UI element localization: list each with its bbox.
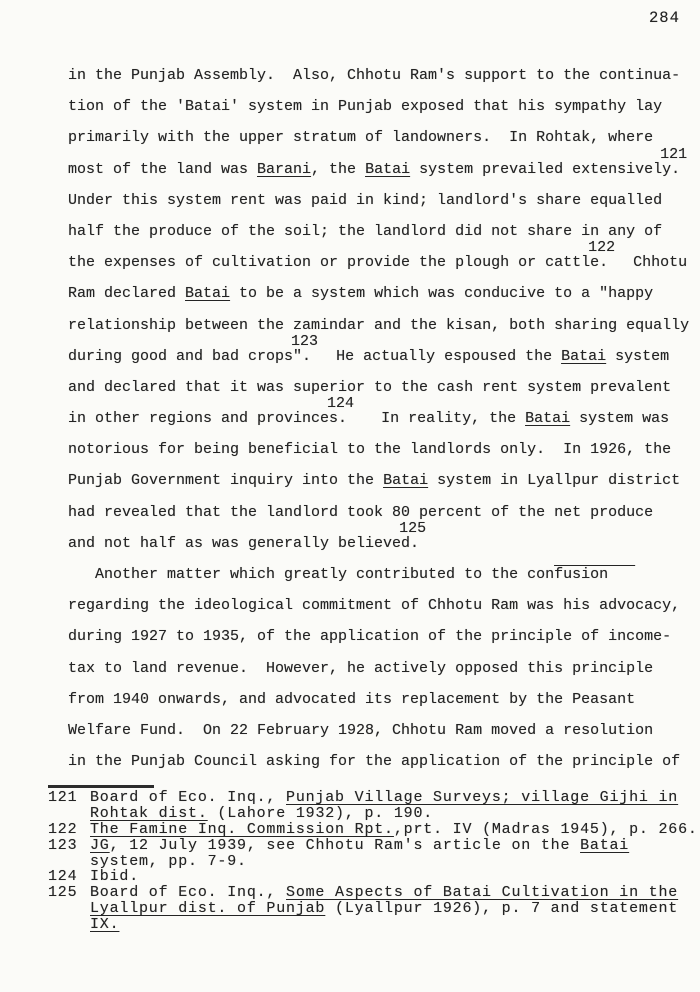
footnote-line: Board of Eco. Inq., Punjab Village Surve… [90, 790, 678, 806]
text-run: Welfare Fund. On 22 February 1928, Chhot… [68, 722, 653, 739]
text-run: system was [570, 410, 669, 427]
footnote-separator [48, 785, 154, 788]
underlined-term: Batai [365, 161, 410, 178]
footnotes-section: 121Board of Eco. Inq., Punjab Village Su… [48, 790, 700, 933]
text-run: In reality, the [354, 410, 525, 427]
underlined-term: The Famine Inq. Commission Rpt. [90, 821, 394, 838]
body-line: primarily with the upper stratum of land… [68, 122, 700, 153]
body-line: Under this system rent was paid in kind;… [68, 185, 700, 216]
footnote-item: 124Ibid. [48, 869, 700, 885]
footnote-number: 125 [48, 885, 90, 933]
underlined-term: Batai [383, 472, 428, 489]
footnote-number: 124 [48, 869, 90, 885]
footnote-line: Lyallpur dist. of Punjab (Lyallpur 1926)… [90, 901, 678, 917]
text-run: system [606, 348, 669, 365]
body-line: the expenses of cultivation or provide t… [68, 247, 700, 278]
body-line: relationship between the zamindar and th… [68, 310, 700, 341]
underlined-term: Barani [257, 161, 311, 178]
footnote-ref-number: 122 [588, 239, 615, 256]
body-line: from 1940 onwards, and advocated its rep… [68, 684, 700, 715]
text-run: ,prt. IV (Madras 1945), p. 266. [394, 821, 698, 838]
underlined-term: Batai [185, 285, 230, 302]
text-run: , the [311, 161, 365, 178]
text-run: (Lahore 1932), p. 190. [208, 805, 433, 822]
text-run: Board of Eco. Inq., [90, 884, 286, 901]
text-run: Ram declared [68, 285, 185, 302]
footnote-ref-number: 123 [291, 333, 318, 350]
footnote-item: 121Board of Eco. Inq., Punjab Village Su… [48, 790, 700, 822]
body-line: Ram declared Batai to be a system which … [68, 278, 700, 309]
body-line: Punjab Government inquiry into the Batai… [68, 465, 700, 496]
paragraph: Another matter which greatly contributed… [68, 559, 700, 777]
underlined-term: Batai [525, 410, 570, 427]
text-run: most of the land was [68, 161, 257, 178]
body-line: in the Punjab Council asking for the app… [68, 746, 700, 777]
text-run: Chhotu [615, 254, 687, 271]
text-run: system prevailed extensively. [410, 161, 680, 178]
text-run: Under this system rent was paid in kind;… [68, 192, 662, 209]
body-line: had revealed that the landlord took 80 p… [68, 497, 700, 528]
body-line: most of the land was Barani, the Batai s… [68, 154, 700, 185]
footnote-ref-number: 121 [660, 146, 687, 163]
footnote-line: The Famine Inq. Commission Rpt.,prt. IV … [90, 822, 698, 838]
footnote-item: 125Board of Eco. Inq., Some Aspects of B… [48, 885, 700, 933]
text-run: in the Punjab Assembly. Also, Chhotu Ram… [68, 67, 680, 84]
footnote-text: Board of Eco. Inq., Some Aspects of Bata… [90, 885, 678, 933]
page-number: 284 [649, 9, 680, 27]
text-run: He actually espoused the [318, 348, 561, 365]
underlined-term: Lyallpur dist. of Punjab [90, 900, 325, 917]
text-run: from 1940 onwards, and advocated its rep… [68, 691, 635, 708]
text-run: during good and bad crops". [68, 348, 311, 365]
text-run: in the Punjab Council asking for the app… [68, 753, 680, 770]
underlined-term: IX. [90, 916, 119, 933]
underlined-term: JG [90, 837, 110, 854]
paragraph: in the Punjab Assembly. Also, Chhotu Ram… [68, 60, 700, 559]
text-run: fusion [554, 566, 635, 583]
text-run: and not half as was generally believed. [68, 535, 419, 552]
body-line: tion of the 'Batai' system in Punjab exp… [68, 91, 700, 122]
body-line: and declared that it was superior to the… [68, 372, 700, 403]
text-run: half the produce of the soil; the landlo… [68, 223, 662, 240]
text-run: Board of Eco. Inq., [90, 789, 286, 806]
footnote-ref-number: 124 [327, 395, 354, 412]
footnote-line: Rohtak dist. (Lahore 1932), p. 190. [90, 806, 678, 822]
text-run: had revealed that the landlord took 80 p… [68, 504, 653, 521]
underlined-term: Rohtak dist. [90, 805, 208, 822]
body-line: regarding the ideological commitment of … [68, 590, 700, 621]
footnote-text: JG, 12 July 1939, see Chhotu Ram's artic… [90, 838, 629, 870]
text-run: tax to land revenue. However, he activel… [68, 660, 653, 677]
footnote-number: 121 [48, 790, 90, 822]
footnote-line: JG, 12 July 1939, see Chhotu Ram's artic… [90, 838, 629, 854]
text-run: (Lyallpur 1926), p. 7 and statement [325, 900, 678, 917]
body-line: Welfare Fund. On 22 February 1928, Chhot… [68, 715, 700, 746]
footnote-number: 123 [48, 838, 90, 870]
text-run: relationship between the zamindar and th… [68, 317, 689, 334]
footnote-text: Ibid. [90, 869, 139, 885]
text-run: Ibid. [90, 868, 139, 885]
footnote-ref-number: 125 [399, 520, 426, 537]
body-line: and not half as was generally believed.1… [68, 528, 700, 559]
text-run: system, pp. 7-9. [90, 853, 247, 870]
text-run: Another matter which greatly contributed… [68, 566, 554, 583]
footnote-item: 123JG, 12 July 1939, see Chhotu Ram's ar… [48, 838, 700, 870]
text-run: notorious for being beneficial to the la… [68, 441, 671, 458]
text-run: to be a system which was conducive to a … [230, 285, 653, 302]
body-line: tax to land revenue. However, he activel… [68, 653, 700, 684]
underlined-term: Punjab Village Surveys; village Gijhi in [286, 789, 678, 806]
text-run: regarding the ideological commitment of … [68, 597, 680, 614]
body-line: in other regions and provinces.124 In re… [68, 403, 700, 434]
footnote-line: Board of Eco. Inq., Some Aspects of Bata… [90, 885, 678, 901]
body-line: notorious for being beneficial to the la… [68, 434, 700, 465]
footnote-line: system, pp. 7-9. [90, 854, 629, 870]
body-line: in the Punjab Assembly. Also, Chhotu Ram… [68, 60, 700, 91]
underlined-term: Batai [580, 837, 629, 854]
text-run: primarily with the upper stratum of land… [68, 129, 653, 146]
scanned-document-page: 284 in the Punjab Assembly. Also, Chhotu… [0, 0, 700, 992]
underlined-term: Batai [561, 348, 606, 365]
footnote-line: IX. [90, 917, 678, 933]
text-run: tion of the 'Batai' system in Punjab exp… [68, 98, 662, 115]
body-text: in the Punjab Assembly. Also, Chhotu Ram… [68, 60, 700, 777]
text-run: and declared that it was superior to the… [68, 379, 671, 396]
body-line: Another matter which greatly contributed… [68, 559, 700, 590]
body-line: during good and bad crops".123 He actual… [68, 341, 700, 372]
text-run: in other regions and provinces. [68, 410, 347, 427]
footnote-text: Board of Eco. Inq., Punjab Village Surve… [90, 790, 678, 822]
text-run: the expenses of cultivation or provide t… [68, 254, 608, 271]
underlined-term: Some Aspects of Batai Cultivation in the [286, 884, 678, 901]
footnote-line: Ibid. [90, 869, 139, 885]
footnote-number: 122 [48, 822, 90, 838]
footnote-text: The Famine Inq. Commission Rpt.,prt. IV … [90, 822, 698, 838]
body-line: during 1927 to 1935, of the application … [68, 621, 700, 652]
text-run: Punjab Government inquiry into the [68, 472, 383, 489]
text-run: , 12 July 1939, see Chhotu Ram's article… [110, 837, 580, 854]
text-run: during 1927 to 1935, of the application … [68, 628, 671, 645]
footnote-item: 122The Famine Inq. Commission Rpt.,prt. … [48, 822, 700, 838]
text-run: system in Lyallpur district [428, 472, 680, 489]
